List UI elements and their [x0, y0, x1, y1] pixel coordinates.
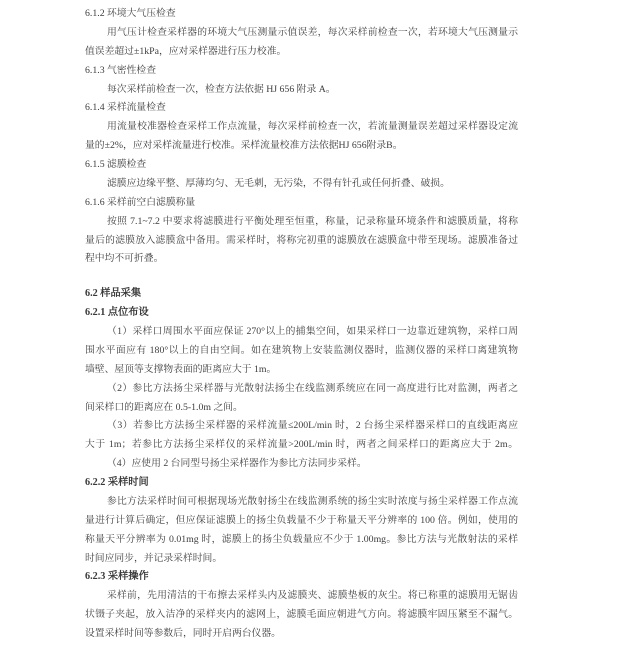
text-line: 间采样口的距离应在 0.5-1.0m 之间。 [85, 399, 518, 418]
document-page: 6.1.2 环境大气压检查 用气压计检查采样器的环境大气压测量示值误差，每次采样… [0, 0, 640, 649]
text-line: 围水平面应有 180°以上的自由空间。如在建筑物上安装监测仪器时，监测仪器的采样… [85, 342, 518, 361]
text-line: 按照 7.1~7.2 中要求将滤膜进行平衡处理至恒重，称量，记录称量环境条件和滤… [85, 213, 518, 232]
document-text-block: 6.1.2 环境大气压检查 用气压计检查采样器的环境大气压测量示值误差，每次采样… [85, 5, 518, 644]
text-line: 设置采样时间等参数后，同时开启两台仪器。 [85, 625, 518, 644]
heading-6-1-4: 6.1.4 采样流量检查 [85, 99, 518, 118]
text-line: 参比方法采样时间可根据现场光散射扬尘在线监测系统的扬尘实时浓度与扬尘采样器工作点… [85, 493, 518, 512]
text-line: 采样前，先用清洁的干布擦去采样头内及滤膜夹、滤膜垫板的灰尘。将已称重的滤膜用无锯… [85, 587, 518, 606]
text-line: （1）采样口周围水平面应保证 270°以上的捕集空间，如果采样口一边靠近建筑物，… [85, 323, 518, 342]
text-line: 用流量校准器检查采样工作点流量，每次采样前检查一次，若流量测量误差超过采样器设定… [85, 118, 518, 137]
text-line: 程中均不可折叠。 [85, 250, 518, 269]
text-line: 每次采样前检查一次，检查方法依据 HJ 656 附录 A。 [85, 81, 518, 100]
heading-6-2: 6.2 样品采集 [85, 285, 518, 304]
heading-6-1-3: 6.1.3 气密性检查 [85, 62, 518, 81]
heading-6-2-1: 6.2.1 点位布设 [85, 304, 518, 323]
text-line: 状镊子夹起，放入洁净的采样夹内的滤网上，滤膜毛面应朝进气方向。将滤膜牢固压紧至不… [85, 606, 518, 625]
text-line: 量进行计算后确定，但应保证滤膜上的扬尘负载量不少于称量天平分辨率的 100 倍。… [85, 512, 518, 531]
heading-6-2-2: 6.2.2 采样时间 [85, 474, 518, 493]
heading-6-1-2: 6.1.2 环境大气压检查 [85, 5, 518, 24]
text-line: 滤膜应边缘平整、厚薄均匀、无毛刺，无污染，不得有针孔或任何折叠、破损。 [85, 175, 518, 194]
heading-6-1-5: 6.1.5 滤膜检查 [85, 156, 518, 175]
text-line: （3）若参比方法扬尘采样器的采样流量≤200L/min 时，2 台扬尘采样器采样… [85, 417, 518, 436]
text-line: （4）应使用 2 台同型号扬尘采样器作为参比方法同步采样。 [85, 455, 518, 474]
text-line: 量后的滤膜放入滤膜盒中备用。需采样时，将称完初重的滤膜放在滤膜盒中带至现场。滤膜… [85, 232, 518, 251]
text-line: 用气压计检查采样器的环境大气压测量示值误差，每次采样前检查一次，若环境大气压测量… [85, 24, 518, 43]
heading-6-2-3: 6.2.3 采样操作 [85, 568, 518, 587]
text-line: 称量天平分辨率为 0.01mg 时，滤膜上的扬尘负载量应不少于 1.00mg。参… [85, 531, 518, 550]
text-line: 时间应同步，并记录采样时间。 [85, 550, 518, 569]
text-line: 量的±2%，应对采样流量进行校准。采样流量校准方法依据HJ 656附录B。 [85, 137, 518, 156]
heading-6-1-6: 6.1.6 采样前空白滤膜称量 [85, 194, 518, 213]
text-line: （2）参比方法扬尘采样器与光散射法扬尘在线监测系统应在同一高度进行比对监测，两者… [85, 380, 518, 399]
text-line: 值误差超过±1kPa，应对采样器进行压力校准。 [85, 43, 518, 62]
text-line: 大于 1m；若参比方法扬尘采样仪的采样流量>200L/min 时，两者之间采样口… [85, 436, 518, 455]
text-line: 墙壁、屋顶等支撑物表面的距离应大于 1m。 [85, 361, 518, 380]
